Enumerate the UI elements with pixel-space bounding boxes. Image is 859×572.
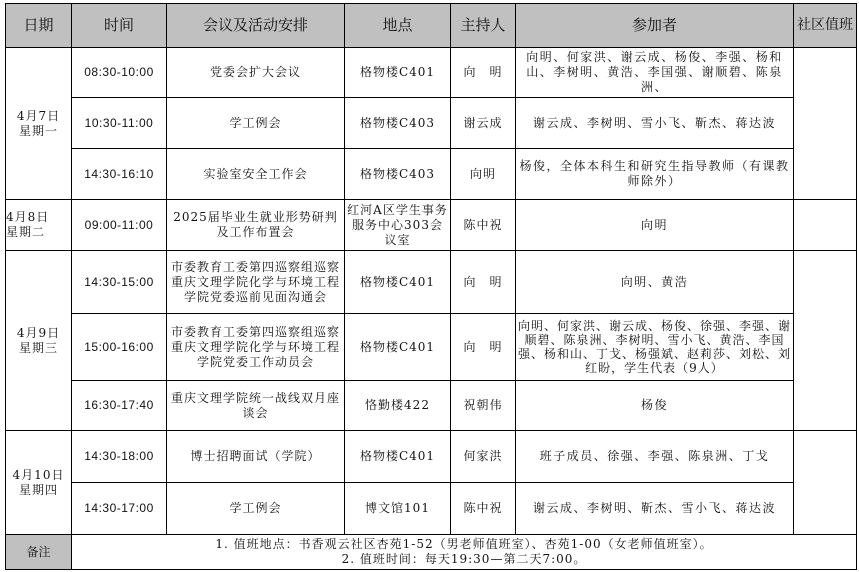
notes-content: 1. 值班地点：书香观云社区杏苑1-52（男老师值班室）、杏苑1-00（女老师值… xyxy=(72,535,857,570)
location-cell: 红河A区学生事务服务中心303会议室 xyxy=(345,200,451,251)
host-cell: 向 明 xyxy=(451,314,516,381)
date-label: 4月8日 xyxy=(6,210,49,224)
location-cell: 恪勤楼422 xyxy=(345,381,451,431)
date-label: 4月9日 xyxy=(17,326,60,340)
header-time: 时间 xyxy=(72,4,167,48)
attendees-cell: 谢云成、李树明、靳杰、雪小飞、蒋达波 xyxy=(516,483,794,535)
duty-cell xyxy=(794,200,857,251)
table-row: 4月9日 星期三 14:30-15:00 市委教育工委第四巡察组巡察重庆文理学院… xyxy=(6,251,857,314)
event-cell: 市委教育工委第四巡察组巡察重庆文理学院化学与环境工程学院党委巡前见面沟通会 xyxy=(167,251,345,314)
table-row: 15:00-16:00 市委教育工委第四巡察组巡察重庆文理学院化学与环境工程学院… xyxy=(6,314,857,381)
attendees-cell: 向明、何家洪、谢云成、杨俊、徐强、李强、谢顺碧、陈泉洲、李树明、雪小飞、黄浩、李… xyxy=(516,314,794,381)
weekday-label: 星期一 xyxy=(19,124,58,138)
host-cell: 向明 xyxy=(451,149,516,200)
host-cell: 向 明 xyxy=(451,48,516,98)
table-row: 16:30-17:40 重庆文理学院统一战线双月座谈会 恪勤楼422 祝朝伟 杨… xyxy=(6,381,857,431)
table-row: 4月10日 星期四 14:30-18:00 博士招聘面试（学院） 格物楼C401… xyxy=(6,431,857,483)
event-cell: 学工例会 xyxy=(167,483,345,535)
notes-label: 备注 xyxy=(6,535,72,570)
weekday-label: 星期二 xyxy=(6,225,45,239)
date-label: 4月10日 xyxy=(13,468,65,482)
note-line: 2. 值班时间：每天19:30—第二天7:00。 xyxy=(74,552,854,567)
time-cell: 14:30-18:00 xyxy=(72,431,167,483)
time-cell: 14:30-17:00 xyxy=(72,483,167,535)
attendees-cell: 向明、黄浩 xyxy=(516,251,794,314)
location-cell: 格物楼C401 xyxy=(345,314,451,381)
attendees-cell: 杨俊，全体本科生和研究生指导教师（有课教师除外） xyxy=(516,149,794,200)
date-label: 4月7日 xyxy=(17,109,60,123)
time-cell: 08:30-10:00 xyxy=(72,48,167,98)
table-row: 14:30-16:10 实验室安全工作会 格物楼C403 向明 杨俊，全体本科生… xyxy=(6,149,857,200)
time-cell: 09:00-11:00 xyxy=(72,200,167,251)
duty-cell xyxy=(794,431,857,535)
duty-cell xyxy=(794,251,857,431)
weekday-label: 星期三 xyxy=(19,341,58,355)
duty-cell xyxy=(794,48,857,200)
header-row: 日期 时间 会议及活动安排 地点 主持人 参加者 社区值班 xyxy=(6,4,857,48)
weekday-label: 星期四 xyxy=(19,483,58,497)
header-attendees: 参加者 xyxy=(516,4,794,48)
time-cell: 10:30-11:00 xyxy=(72,98,167,149)
table-row: 14:30-17:00 学工例会 博文馆101 陈中祝 谢云成、李树明、靳杰、雪… xyxy=(6,483,857,535)
weekly-schedule-table: 日期 时间 会议及活动安排 地点 主持人 参加者 社区值班 4月7日 星期一 0… xyxy=(5,3,857,570)
date-cell: 4月10日 星期四 xyxy=(6,431,72,535)
event-cell: 市委教育工委第四巡察组巡察重庆文理学院化学与环境工程学院党委工作动员会 xyxy=(167,314,345,381)
header-location: 地点 xyxy=(345,4,451,48)
location-cell: 格物楼C401 xyxy=(345,48,451,98)
event-cell: 2025届毕业生就业形势研判及工作布置会 xyxy=(167,200,345,251)
header-event: 会议及活动安排 xyxy=(167,4,345,48)
header-date: 日期 xyxy=(6,4,72,48)
location-cell: 格物楼C403 xyxy=(345,149,451,200)
location-cell: 格物楼C403 xyxy=(345,98,451,149)
date-cell: 4月7日 星期一 xyxy=(6,48,72,200)
note-line: 1. 值班地点：书香观云社区杏苑1-52（男老师值班室）、杏苑1-00（女老师值… xyxy=(74,537,854,552)
date-cell: 4月8日 星期二 xyxy=(6,200,72,251)
host-cell: 陈中祝 xyxy=(451,483,516,535)
attendees-cell: 向明、何家洪、谢云成、杨俊、李强、杨和山、李树明、黄浩、李国强、谢顺碧、陈泉洲、 xyxy=(516,48,794,98)
host-cell: 向 明 xyxy=(451,251,516,314)
time-cell: 15:00-16:00 xyxy=(72,314,167,381)
location-cell: 格物楼C401 xyxy=(345,251,451,314)
table-row: 4月8日 星期二 09:00-11:00 2025届毕业生就业形势研判及工作布置… xyxy=(6,200,857,251)
time-cell: 16:30-17:40 xyxy=(72,381,167,431)
header-duty: 社区值班 xyxy=(794,4,857,48)
attendees-cell: 谢云成、李树明、雪小飞、靳杰、蒋达波 xyxy=(516,98,794,149)
location-cell: 格物楼C401 xyxy=(345,431,451,483)
time-cell: 14:30-16:10 xyxy=(72,149,167,200)
attendees-cell: 杨俊 xyxy=(516,381,794,431)
event-cell: 学工例会 xyxy=(167,98,345,149)
event-cell: 实验室安全工作会 xyxy=(167,149,345,200)
host-cell: 谢云成 xyxy=(451,98,516,149)
header-host: 主持人 xyxy=(451,4,516,48)
time-cell: 14:30-15:00 xyxy=(72,251,167,314)
attendees-cell: 班子成员、徐强、李强、陈泉洲、丁戈 xyxy=(516,431,794,483)
attendees-cell: 向明 xyxy=(516,200,794,251)
notes-row: 备注 1. 值班地点：书香观云社区杏苑1-52（男老师值班室）、杏苑1-00（女… xyxy=(6,535,857,570)
host-cell: 陈中祝 xyxy=(451,200,516,251)
host-cell: 祝朝伟 xyxy=(451,381,516,431)
table-row: 4月7日 星期一 08:30-10:00 党委会扩大会议 格物楼C401 向 明… xyxy=(6,48,857,98)
event-cell: 重庆文理学院统一战线双月座谈会 xyxy=(167,381,345,431)
event-cell: 党委会扩大会议 xyxy=(167,48,345,98)
host-cell: 何家洪 xyxy=(451,431,516,483)
location-cell: 博文馆101 xyxy=(345,483,451,535)
table-row: 10:30-11:00 学工例会 格物楼C403 谢云成 谢云成、李树明、雪小飞… xyxy=(6,98,857,149)
event-cell: 博士招聘面试（学院） xyxy=(167,431,345,483)
date-cell: 4月9日 星期三 xyxy=(6,251,72,431)
